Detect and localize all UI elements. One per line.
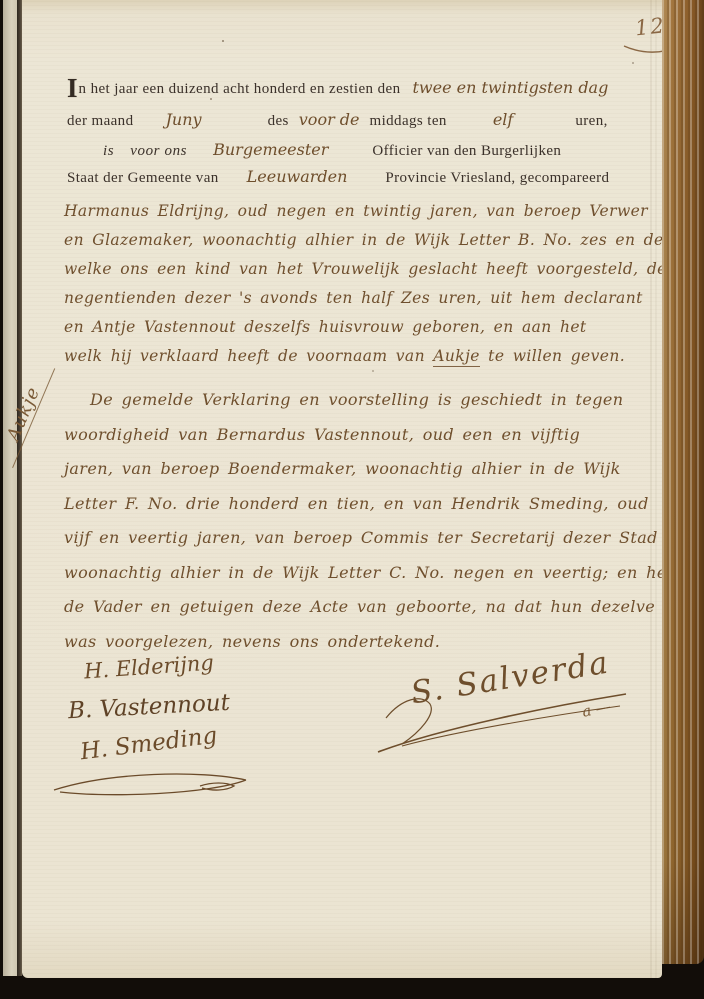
- declaration-line-childname: welk hij verklaard heeft de voornaam van…: [64, 342, 699, 371]
- printed-text: middags ten: [370, 113, 447, 129]
- printed-text: n het jaar een duizend acht honderd en z…: [79, 81, 401, 97]
- printed-text: Provincie Vriesland, gecompareerd: [385, 170, 609, 186]
- salverda-signature-flourish-icon: [372, 688, 632, 758]
- handwritten-entry-month: Juny: [166, 110, 202, 129]
- declaration-line: Harmanus Eldrijng, oud negen en twintig …: [64, 197, 699, 226]
- handwritten-entry-official-title: Burgemeester: [213, 140, 328, 159]
- declaration-line: welke ons een kind van het Vrouwelijk ge…: [64, 255, 699, 284]
- witnesses-line: woonachtig alhier in de Wijk Letter C. N…: [64, 556, 704, 591]
- document-page: 120 Aukje In het jaar een duizend acht h…: [22, 0, 662, 978]
- declaration-text: welk hij verklaard heeft de voornaam van: [64, 347, 433, 365]
- declaration-line: en Antje Vastennout deszelfs huisvrouw g…: [64, 313, 699, 342]
- printed-text: voor ons: [130, 143, 187, 159]
- printed-text: uren,: [575, 113, 607, 129]
- declaration-line: negentienden dezer 's avonds ten half Ze…: [64, 284, 699, 313]
- signature-witness-2: H. Smeding: [79, 723, 219, 766]
- declaration-paragraph: Harmanus Eldrijng, oud negen en twintig …: [64, 197, 699, 371]
- witnesses-line: de Vader en getuigen deze Acte van geboo…: [64, 590, 704, 625]
- witnesses-line: Letter F. No. drie honderd en tien, en v…: [64, 487, 704, 522]
- paper-specks: [222, 40, 224, 42]
- child-name-underlined: Aukje: [433, 347, 480, 367]
- form-line-2: der maand Juny des voor de middags ten e…: [67, 110, 657, 130]
- printed-text: des: [268, 113, 289, 129]
- handwritten-entry-municipality: Leeuwarden: [247, 167, 348, 186]
- facing-page-sliver: [3, 0, 17, 976]
- handwritten-entry-daypart: voor de: [299, 110, 360, 129]
- printed-text: Staat der Gemeente van: [67, 170, 219, 186]
- handwritten-entry-hour: elf: [493, 110, 514, 129]
- handwritten-entry-date: twee en twintigsten dag: [412, 78, 608, 97]
- witnesses-paragraph: De gemelde Verklaring en voorstelling is…: [64, 383, 704, 659]
- witnesses-line: De gemelde Verklaring en voorstelling is…: [64, 383, 704, 418]
- declaration-text: te willen geven.: [480, 347, 625, 365]
- printed-text: Officier van den Burgerlijken: [372, 143, 561, 159]
- smeding-signature-flourish-icon: [50, 768, 250, 802]
- book-page-edges: [662, 0, 704, 964]
- form-line-4: Staat der Gemeente van Leeuwarden Provin…: [67, 167, 657, 187]
- signature-witness-1: B. Vastennout: [67, 690, 230, 724]
- form-line-1: In het jaar een duizend acht honderd en …: [67, 78, 657, 98]
- witnesses-line: jaren, van beroep Boendermaker, woonacht…: [64, 452, 704, 487]
- printed-text: is: [103, 143, 114, 159]
- declaration-line: en Glazemaker, woonachtig alhier in de W…: [64, 226, 699, 255]
- printed-text: der maand: [67, 113, 134, 129]
- witnesses-line: vijf en veertig jaren, van beroep Commis…: [64, 521, 704, 556]
- form-line-3: is voor ons Burgemeester Officier van de…: [67, 140, 657, 160]
- ornamental-initial: I: [67, 73, 78, 103]
- witnesses-line: woordigheid van Bernardus Vastennout, ou…: [64, 418, 704, 453]
